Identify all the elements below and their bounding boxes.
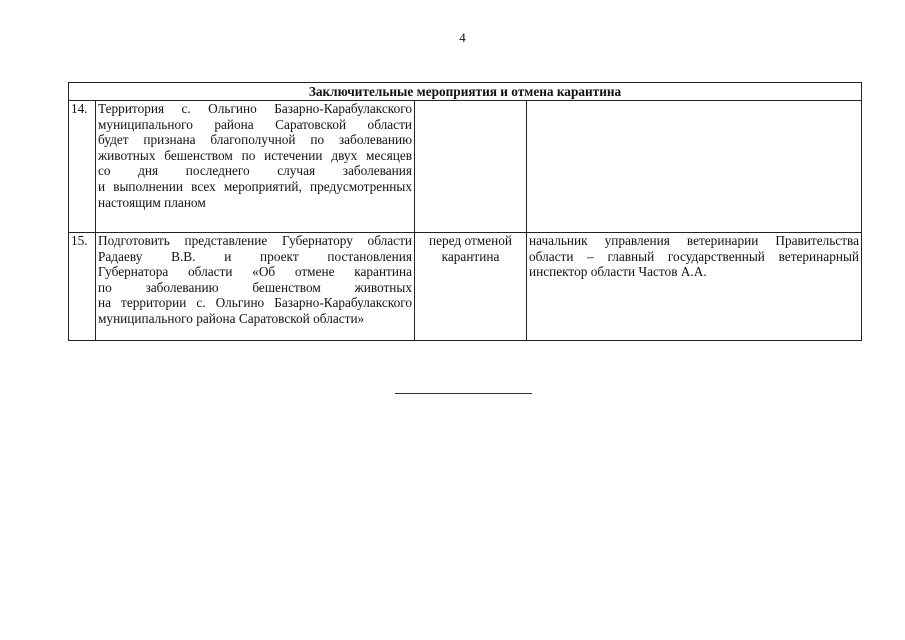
row-term [415, 101, 527, 233]
term-line: карантина [417, 249, 524, 265]
description-line: Подготовить представление Губернатору об… [98, 233, 412, 249]
description-line: по заболеванию бешенством животных [98, 280, 412, 296]
end-separator-line [395, 393, 532, 394]
table-row: 14. Территория с. Ольгино Базарно-Карабу… [69, 101, 862, 233]
term-line: перед отменой [417, 233, 524, 249]
description-line: будет признана благополучной по заболева… [98, 132, 412, 148]
description-line: муниципального района Саратовской област… [98, 117, 412, 133]
table-row: 15. Подготовить представление Губернатор… [69, 233, 862, 341]
plan-table: Заключительные мероприятия и отмена кара… [68, 82, 862, 341]
description-line: и выполнении всех мероприятий, предусмот… [98, 179, 412, 195]
row-description: Подготовить представление Губернатору об… [96, 233, 415, 341]
row-number: 14. [69, 101, 96, 233]
section-title: Заключительные мероприятия и отмена кара… [69, 83, 862, 101]
description-line: Радаеву В.В. и проект постановления [98, 249, 412, 265]
row-responsible: начальник управления ветеринарии Правите… [527, 233, 862, 341]
description-line: на территории с. Ольгино Базарно-Карабул… [98, 295, 412, 311]
responsible-line: инспектор области Частов А.А. [529, 264, 859, 280]
description-line: животных бешенством по истечении двух ме… [98, 148, 412, 164]
description-line: Губернатора области «Об отмене карантина [98, 264, 412, 280]
row-number: 15. [69, 233, 96, 341]
row-term: перед отменой карантина [415, 233, 527, 341]
description-line: настоящим планом [98, 195, 412, 211]
page-number: 4 [0, 30, 905, 46]
row-description: Территория с. Ольгино Базарно-Карабулакс… [96, 101, 415, 233]
description-line: со дня последнего случая заболевания [98, 163, 412, 179]
responsible-line: начальник управления ветеринарии Правите… [529, 233, 859, 249]
row-responsible [527, 101, 862, 233]
section-header-row: Заключительные мероприятия и отмена кара… [69, 83, 862, 101]
responsible-line: области – главный государственный ветери… [529, 249, 859, 265]
description-line: Территория с. Ольгино Базарно-Карабулакс… [98, 101, 412, 117]
description-line: муниципального района Саратовской област… [98, 311, 412, 327]
